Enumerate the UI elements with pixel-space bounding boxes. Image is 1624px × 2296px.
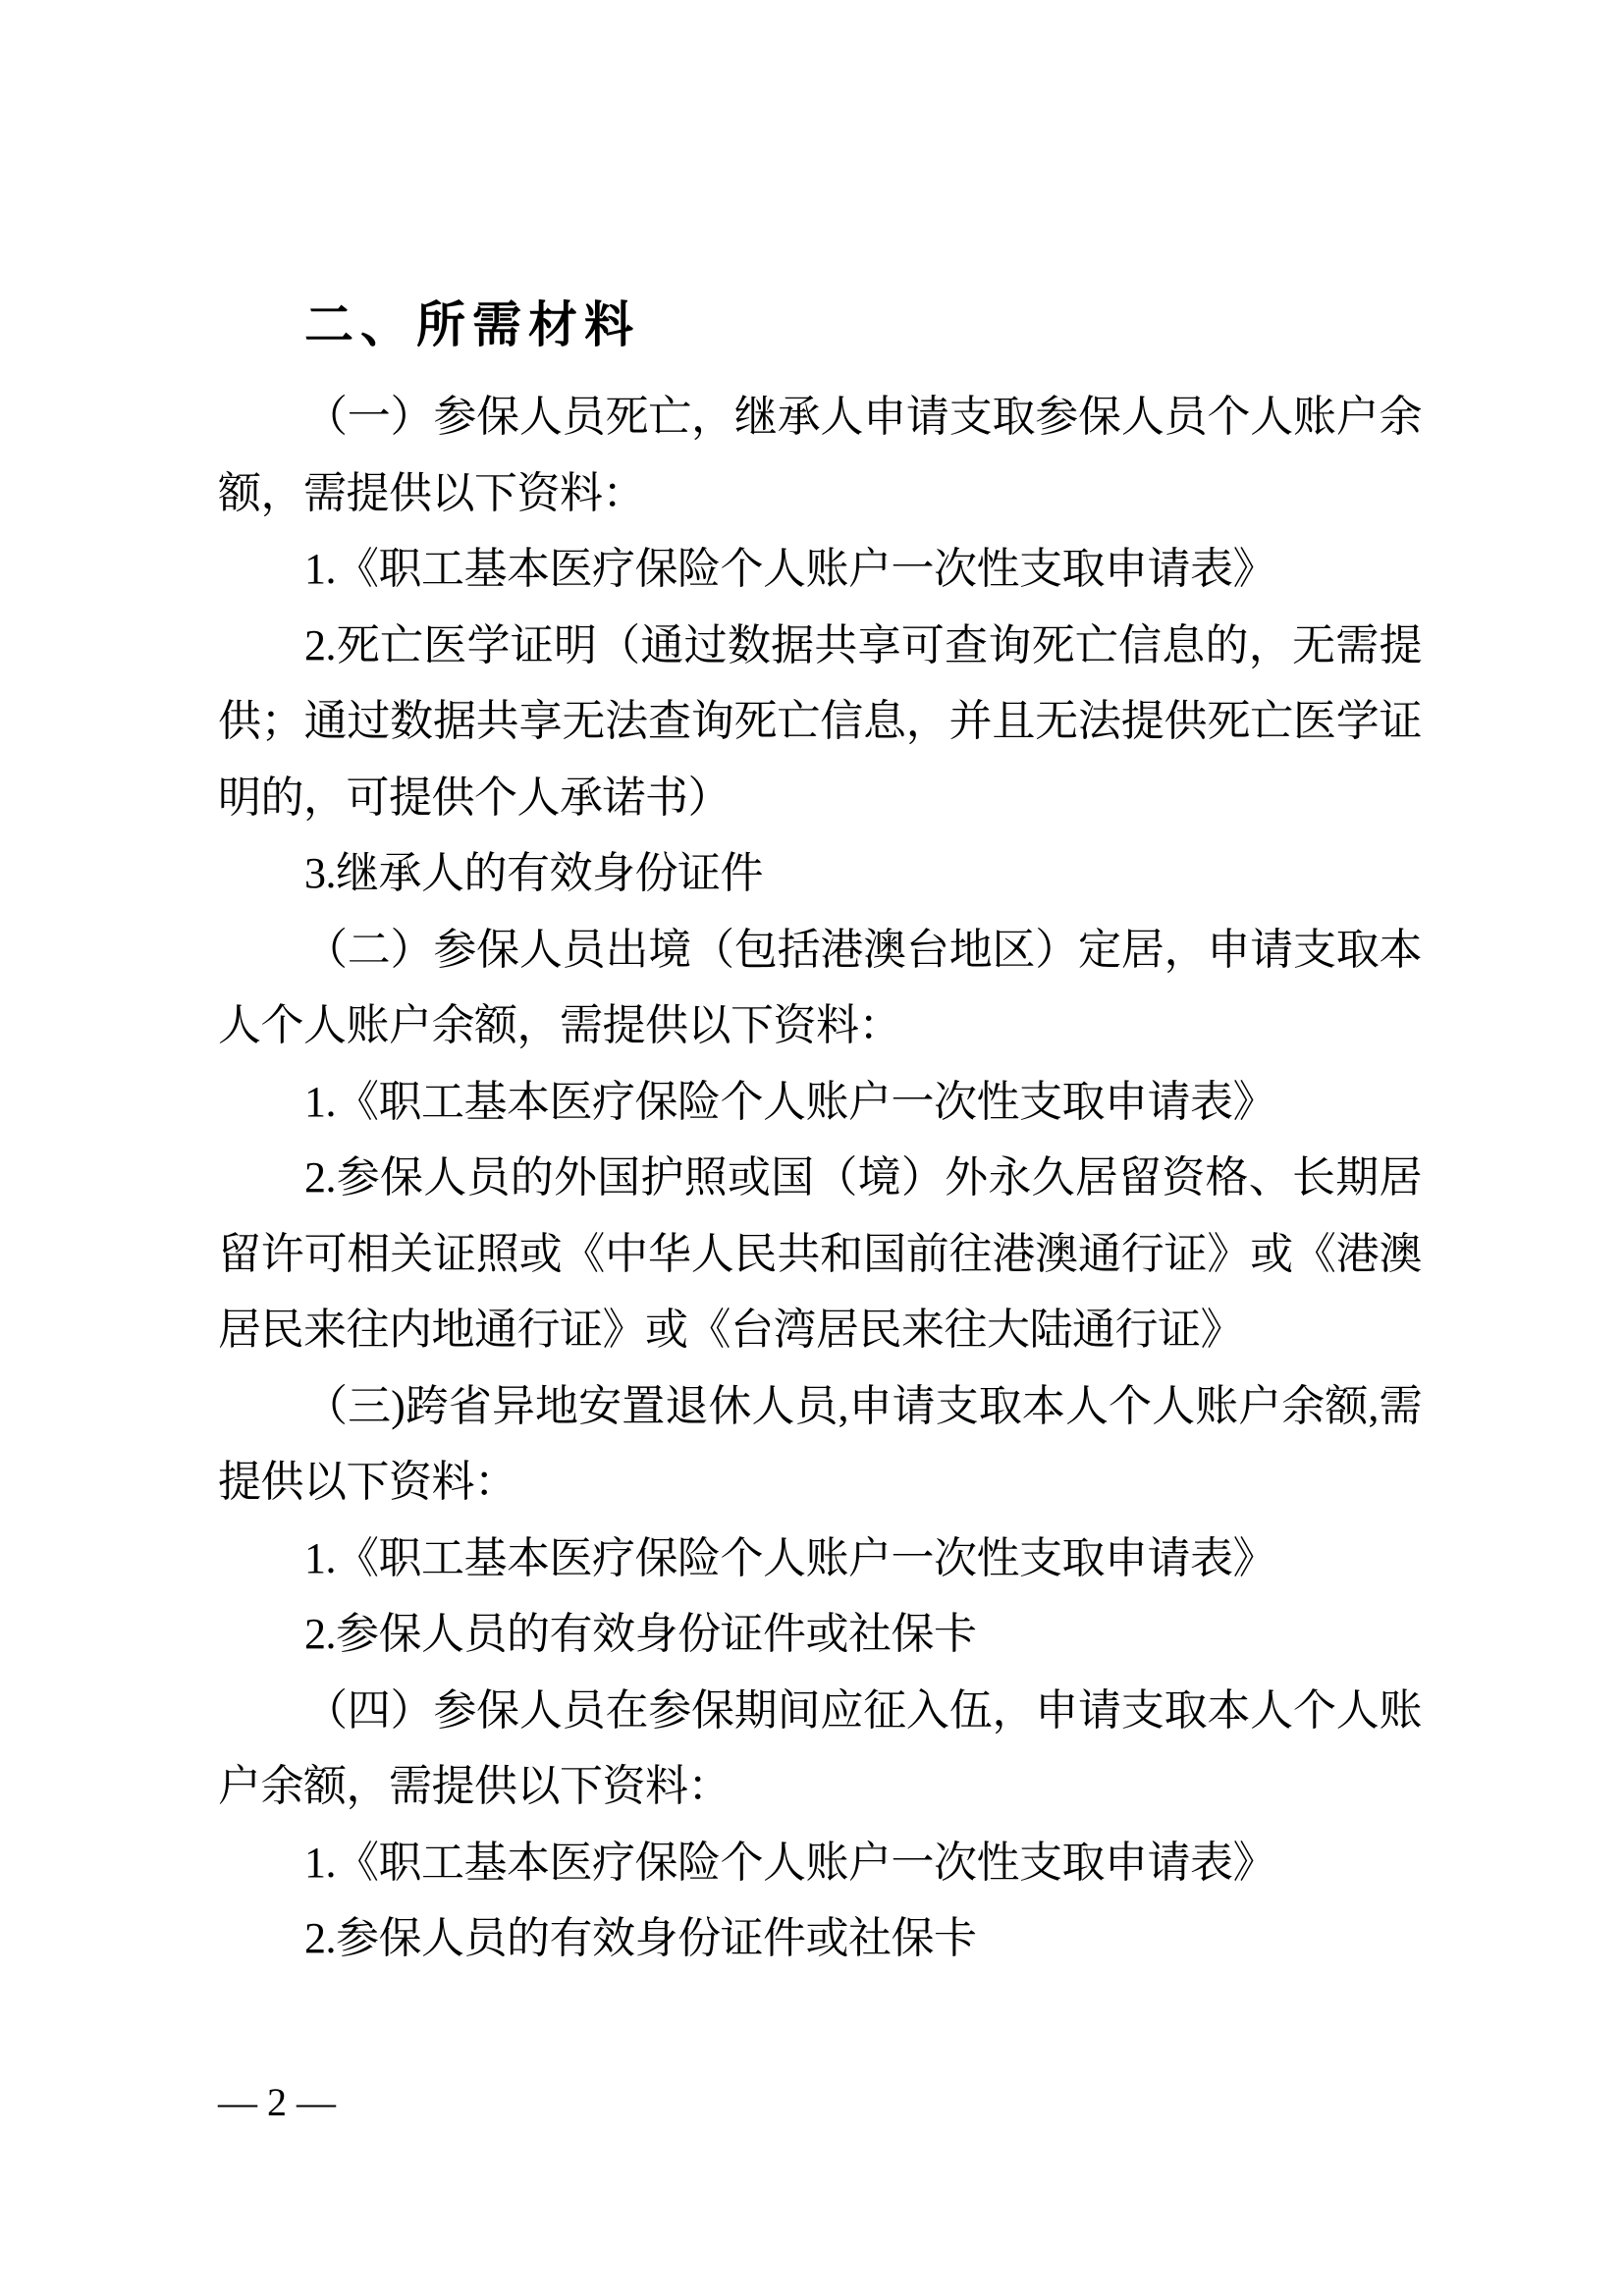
para-section-4-intro: （四）参保人员在参保期间应征入伍，申请支取本人个人账户余额，需提供以下资料： bbox=[218, 1673, 1422, 1825]
para-section-2-item-2: 2.参保人员的外国护照或国（境）外永久居留资格、长期居留许可相关证照或《中华人民… bbox=[218, 1140, 1422, 1368]
para-section-2-item-1: 1.《职工基本医疗保险个人账户一次性支取申请表》 bbox=[218, 1064, 1422, 1141]
para-section-4-item-1: 1.《职工基本医疗保险个人账户一次性支取申请表》 bbox=[218, 1825, 1422, 1901]
para-section-1-item-2: 2.死亡医学证明（通过数据共享可查询死亡信息的，无需提供；通过数据共享无法查询死… bbox=[218, 608, 1422, 836]
para-section-1-item-1: 1.《职工基本医疗保险个人账户一次性支取申请表》 bbox=[218, 531, 1422, 608]
para-section-1-intro: （一）参保人员死亡，继承人申请支取参保人员个人账户余额，需提供以下资料： bbox=[218, 379, 1422, 531]
para-section-3-item-2: 2.参保人员的有效身份证件或社保卡 bbox=[218, 1596, 1422, 1673]
page-number: — 2 — bbox=[218, 2073, 336, 2132]
para-section-3-item-1: 1.《职工基本医疗保险个人账户一次性支取申请表》 bbox=[218, 1521, 1422, 1597]
para-section-1-item-3: 3.继承人的有效身份证件 bbox=[218, 835, 1422, 912]
para-section-4-item-2: 2.参保人员的有效身份证件或社保卡 bbox=[218, 1900, 1422, 1977]
document-body: 二、所需材料 （一）参保人员死亡，继承人申请支取参保人员个人账户余额，需提供以下… bbox=[218, 287, 1422, 1977]
section-heading: 二、所需材料 bbox=[218, 287, 1422, 363]
para-section-2-intro: （二）参保人员出境（包括港澳台地区）定居，申请支取本人个人账户余额，需提供以下资… bbox=[218, 912, 1422, 1064]
document-page: 二、所需材料 （一）参保人员死亡，继承人申请支取参保人员个人账户余额，需提供以下… bbox=[0, 0, 1624, 2296]
para-section-3-intro: （三)跨省异地安置退休人员,申请支取本人个人账户余额,需提供以下资料： bbox=[218, 1368, 1422, 1521]
